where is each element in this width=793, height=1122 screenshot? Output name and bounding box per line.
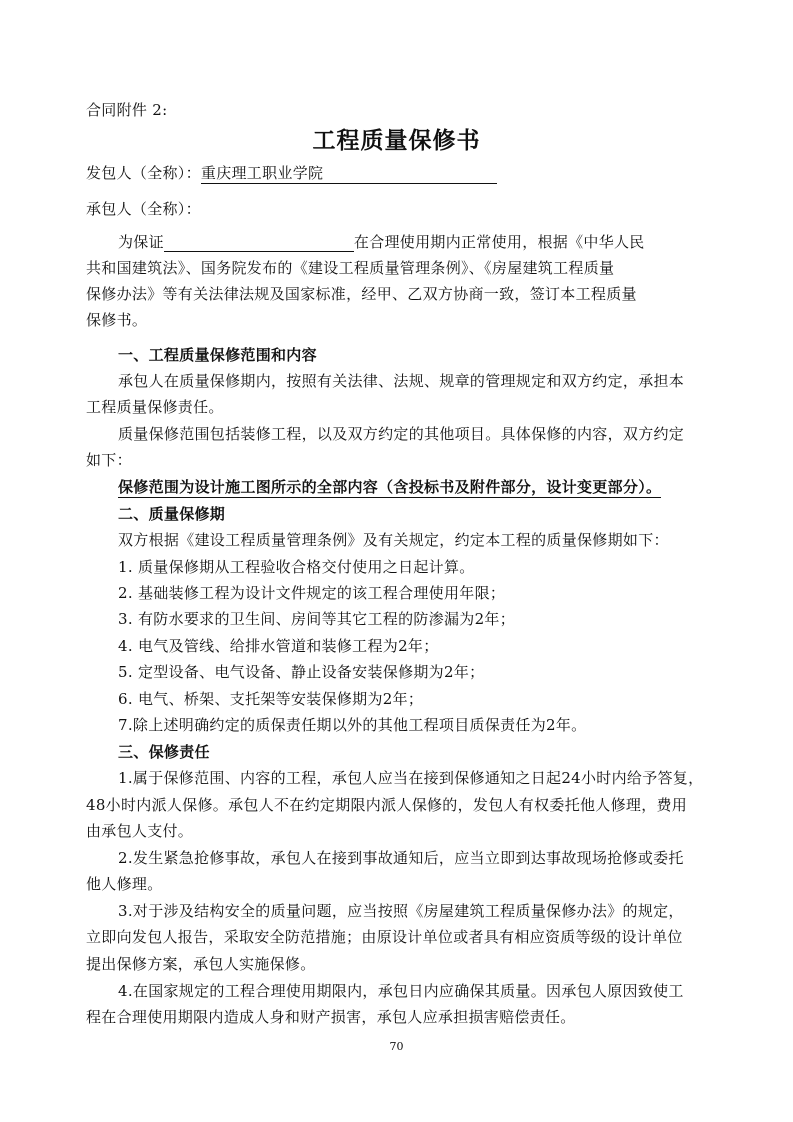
section-2-intro: 双方根据《建设工程质量管理条例》及有关规定，约定本工程的质量保修期如下： (118, 530, 669, 550)
document-page: 合同附件 2: 工程质量保修书 发包人（全称）：重庆理工职业学院 承包人（全称）… (0, 0, 793, 1122)
warranty-period-item: 4. 电气及管线、给排水管道和装修工程为2年； (118, 636, 439, 656)
warranty-scope: 保修范围为设计施工图所示的全部内容（含投标书及附件部分，设计变更部分）。 (118, 477, 661, 498)
section-3-p4-line-1: 4.在国家规定的工程合理使用期限内，承包日内应确保其质量。因承包人原因致使工 (118, 981, 684, 1001)
attachment-label: 合同附件 2: (86, 100, 167, 120)
employer-label: 发包人（全称）： (86, 164, 201, 182)
warranty-period-item: 7.除上述明确约定的质保责任期以外的其他工程项目质保责任为2年。 (118, 715, 586, 735)
section-1-p1-line-2: 工程质量保修责任。 (86, 397, 224, 417)
section-1-p2-line-2: 如下： (86, 450, 132, 470)
section-1-heading: 一、工程质量保修范围和内容 (118, 345, 317, 365)
section-3-p2-line-2: 他人修理。 (86, 874, 163, 894)
warranty-scope-text: 保修范围为设计施工图所示的全部内容（含投标书及附件部分，设计变更部分）。 (118, 477, 661, 498)
employer-value: 重庆理工职业学院 (201, 163, 497, 184)
project-name-blank (164, 235, 354, 252)
warranty-period-item: 5. 定型设备、电气设备、静止设备安装保修期为2年； (118, 662, 484, 682)
intro-line-2: 共和国建筑法》、国务院发布的《建设工程质量管理条例》、《房屋建筑工程质量 (86, 258, 614, 278)
intro-line-1: 为保证在合理使用期内正常使用，根据《中华人民 (118, 232, 645, 252)
section-3-p4-line-2: 程在合理使用期限内造成人身和财产损害，承包人应承担损害赔偿责任。 (86, 1007, 576, 1027)
section-3-p1-line-1: 1.属于保修范围、内容的工程，承包人应当在接到保修通知之日起24小时内给予答复， (118, 768, 703, 788)
intro-line-1-rest: 在合理使用期内正常使用，根据《中华人民 (354, 233, 645, 251)
section-1-p1-line-1: 承包人在质量保修期内，按照有关法律、法规、规章的管理规定和双方约定，承担本 (118, 371, 684, 391)
section-3-p3-line-3: 提出保修方案，承包人实施保修。 (86, 954, 316, 974)
warranty-period-item: 3. 有防水要求的卫生间、房间等其它工程的防渗漏为2年； (118, 609, 515, 629)
section-3-p1-line-2: 48小时内派人保修。承包人不在约定期限内派人保修的，发包人有权委托他人修理，费用 (86, 795, 687, 815)
section-3-heading: 三、保修责任 (118, 742, 210, 762)
section-1-p2-line-1: 质量保修范围包括装修工程，以及双方约定的其他项目。具体保修的内容，双方约定 (118, 424, 684, 444)
section-3-p3-line-2: 立即向发包人报告，采取安全防范措施；由原设计单位或者具有相应资质等级的设计单位 (86, 927, 683, 947)
intro-line-4: 保修书。 (86, 310, 147, 330)
contractor-label: 承包人（全称）： (86, 199, 201, 219)
warranty-period-item: 6. 电气、桥架、支托架等安装保修期为2年； (118, 689, 423, 709)
section-2-heading: 二、质量保修期 (118, 504, 225, 524)
document-title: 工程质量保修书 (0, 122, 793, 155)
section-3-p2-line-1: 2.发生紧急抢修事故，承包人在接到事故通知后，应当立即到达事故现场抢修或委托 (118, 848, 684, 868)
warranty-period-item: 2. 基础装修工程为设计文件规定的该工程合理使用年限； (118, 583, 505, 603)
section-3-p3-line-1: 3.对于涉及结构安全的质量问题，应当按照《房屋建筑工程质量保修办法》的规定， (118, 901, 684, 921)
intro-line-3: 保修办法》等有关法律法规及国家标准，经甲、乙双方协商一致，签订本工程质量 (86, 284, 637, 304)
warranty-period-item: 1. 质量保修期从工程验收合格交付使用之日起计算。 (118, 557, 475, 577)
section-3-p1-line-3: 由承包人支付。 (86, 821, 193, 841)
employer-line: 发包人（全称）：重庆理工职业学院 (86, 163, 497, 184)
intro-prefix: 为保证 (118, 233, 164, 251)
page-number: 70 (0, 1040, 793, 1053)
